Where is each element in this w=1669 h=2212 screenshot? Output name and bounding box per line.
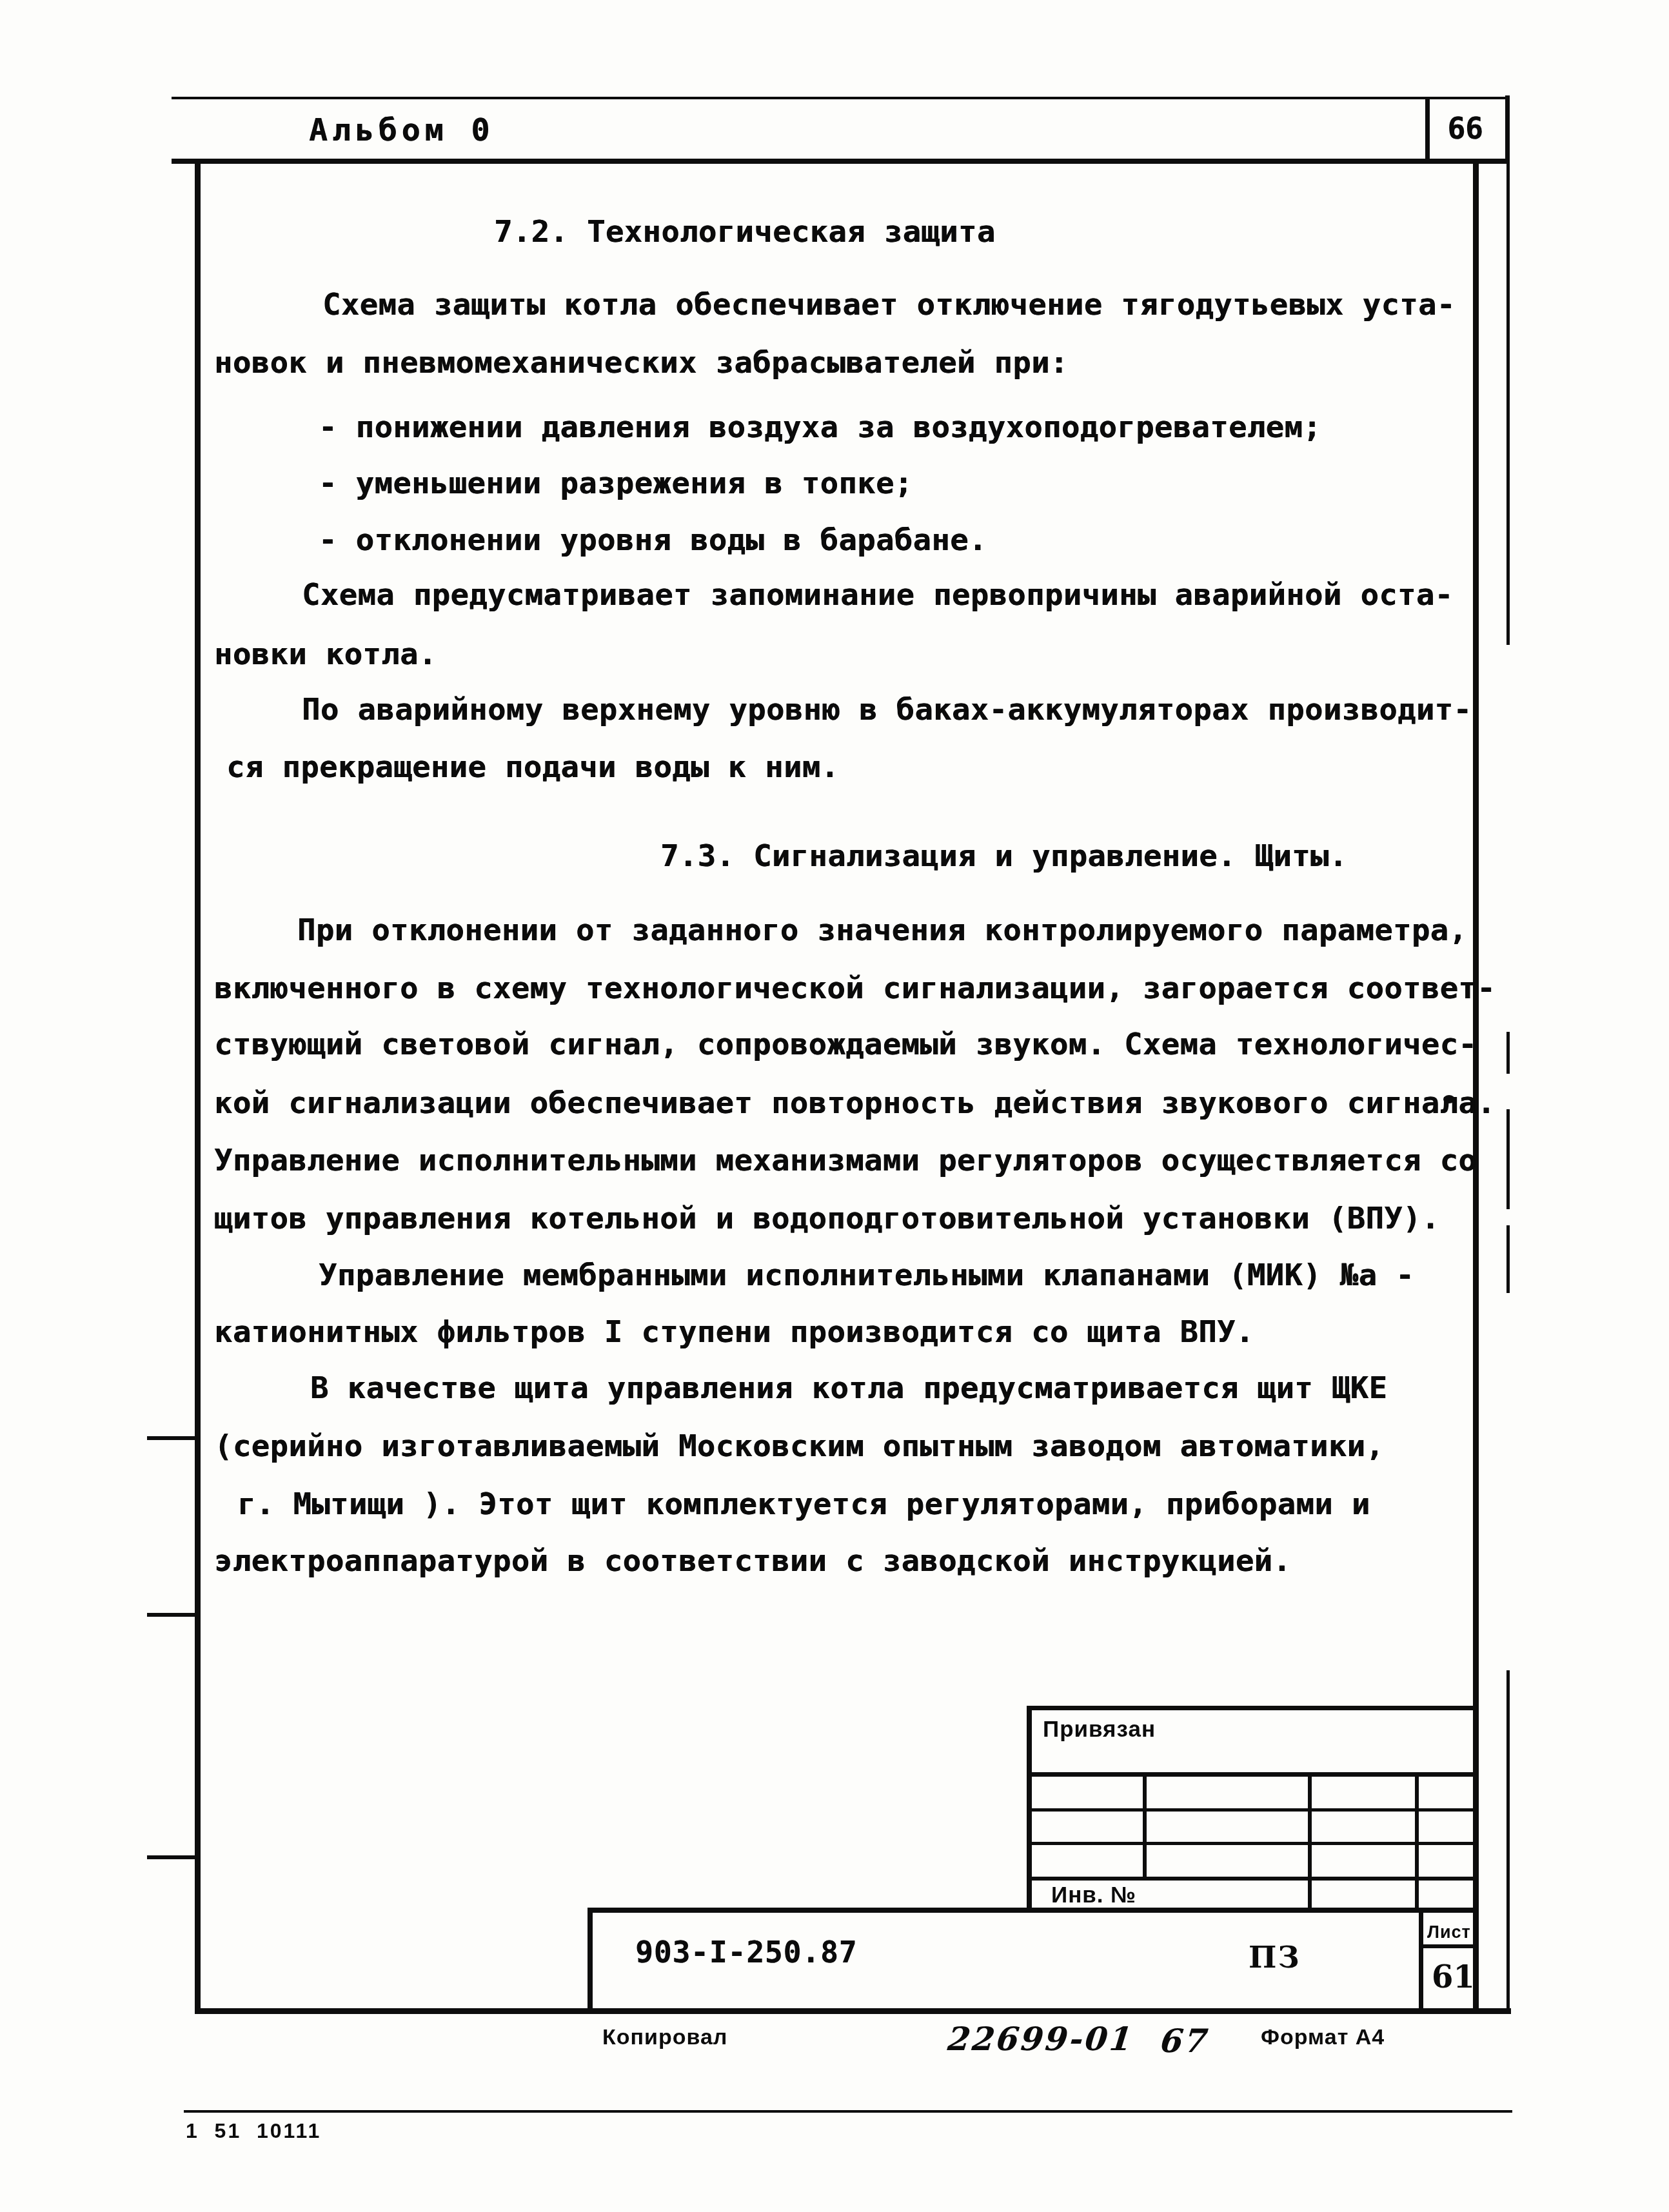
body-text-line: включенного в схему технологической сигн… xyxy=(214,972,1496,1005)
privyazan-label: Привязан xyxy=(1043,1718,1156,1741)
body-text-line: - уменьшении разрежения в топке; xyxy=(319,467,913,500)
body-text-line: Схема предусматривает запоминание первоп… xyxy=(302,578,1453,612)
table-column-line xyxy=(1308,1772,1312,1912)
body-text-line: По аварийному верхнему уровню в баках-ак… xyxy=(302,693,1472,727)
kopiroval-label: Копировал xyxy=(602,2026,727,2048)
binding-tick xyxy=(147,1436,199,1440)
body-text-line: катионитных фильтров I ступени производи… xyxy=(214,1316,1254,1349)
table-column-line xyxy=(1143,1772,1147,1880)
scanned-document-page: Альбом 0 66 7.2. Технологическая защита … xyxy=(0,0,1669,2212)
binding-tick xyxy=(147,1613,199,1617)
table-row-line xyxy=(1027,1877,1479,1881)
order-page-handwritten: 67 xyxy=(1159,2025,1211,2057)
format-label: Формат А4 xyxy=(1261,2026,1385,2048)
table-row-line xyxy=(1027,1842,1479,1845)
body-text-line: ствующий световой сигнал, сопровождаемый… xyxy=(214,1028,1477,1062)
frame-outer-right-segment xyxy=(1506,1032,1510,1074)
order-number-handwritten: 22699-01 xyxy=(946,2023,1136,2055)
page-number-box: 66 xyxy=(1425,97,1505,159)
body-text-line: щитов управления котельной и водоподгото… xyxy=(214,1202,1440,1236)
table-column-line xyxy=(1415,1772,1419,1912)
body-text-line: кой сигнализации обеспечивает повторност… xyxy=(214,1087,1496,1120)
body-text-line: Управление исполнительными механизмами р… xyxy=(214,1144,1477,1178)
frame-outer-right-segment xyxy=(1506,1225,1510,1293)
stamp-sheet-column-line xyxy=(1419,1908,1423,2011)
frame-outer-right-segment xyxy=(1506,1109,1510,1209)
table-top-line xyxy=(1027,1706,1479,1710)
frame-bottom-border xyxy=(195,2008,1511,2014)
document-number: 903-I-250.87 xyxy=(635,1937,857,1967)
bottom-separator-line xyxy=(184,2110,1512,2113)
frame-left-border xyxy=(195,159,201,2013)
frame-outer-right-segment xyxy=(1506,1670,1510,2012)
section-7-2-heading: 7.2. Технологическая защита xyxy=(494,215,996,249)
body-text-line: При отклонении от заданного значения кон… xyxy=(297,914,1467,947)
body-text-line: новок и пневмомеханических забрасывателе… xyxy=(214,346,1069,380)
stamp-top-line xyxy=(588,1908,1479,1913)
frame-outer-right-segment xyxy=(1506,163,1510,645)
page-number-box-right-line xyxy=(1505,95,1510,164)
body-text-line: (серийно изготавливаемый Московским опыт… xyxy=(214,1430,1384,1463)
binding-tick xyxy=(147,1855,199,1859)
body-text-line: Схема защиты котла обеспечивает отключен… xyxy=(322,288,1456,322)
body-text-line: ся прекращение подачи воды к ним. xyxy=(226,751,839,784)
section-7-3-heading: 7.3. Сигнализация и управление. Щиты. xyxy=(660,840,1347,873)
header-band-top-line xyxy=(172,97,1509,99)
header-band-bottom-line xyxy=(172,159,1510,164)
body-text-line: г. Мытищи ). Этот щит комплектуется регу… xyxy=(237,1488,1370,1521)
sheet-label: Лист xyxy=(1427,1924,1471,1941)
inventory-number-label: Инв. № xyxy=(1051,1884,1136,1906)
body-text-line: В качестве щита управления котла предусм… xyxy=(310,1372,1387,1405)
sheet-number: 61 xyxy=(1432,1962,1475,1993)
body-text-line: новки котла. xyxy=(214,638,437,671)
sheet-cell-divider-line xyxy=(1419,1944,1479,1948)
body-text-line: - отклонении уровня воды в барабане. xyxy=(319,524,987,557)
document-type-code: ПЗ xyxy=(1249,1942,1301,1972)
album-label: Альбом 0 xyxy=(309,115,494,146)
table-row-line xyxy=(1027,1772,1479,1777)
body-text-line: - понижении давления воздуха за воздухоп… xyxy=(319,411,1321,444)
body-text-line: электроаппаратурой в соответствии с заво… xyxy=(214,1545,1291,1578)
table-row-line xyxy=(1027,1808,1479,1812)
print-code: 1 51 10111 xyxy=(186,2120,321,2141)
stamp-left-line xyxy=(588,1908,593,2011)
page-number: 66 xyxy=(1447,114,1483,143)
body-text-line: Управление мембранными исполнительными к… xyxy=(319,1259,1414,1292)
